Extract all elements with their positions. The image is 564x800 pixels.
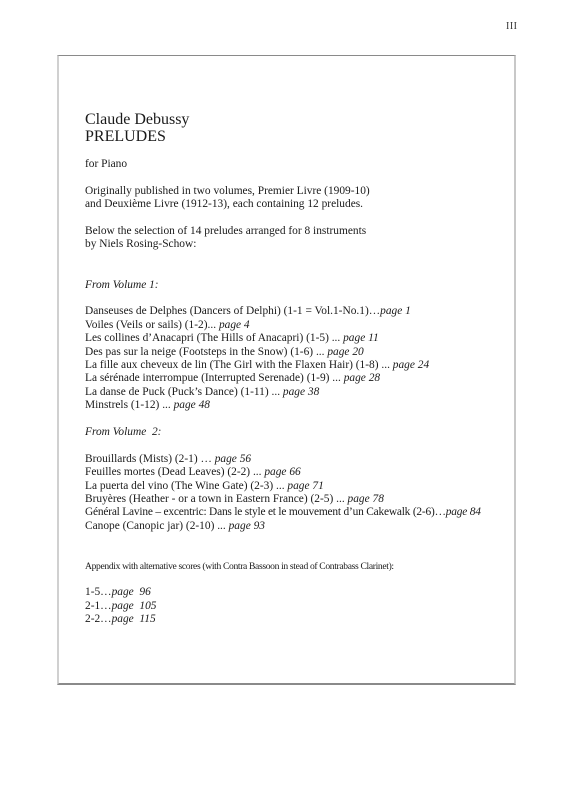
appendix-ref: 2-2… xyxy=(85,613,112,625)
page-ref: page 24 xyxy=(393,359,429,371)
prelude-title: La danse de Puck (Puck’s Dance) (1-11) .… xyxy=(85,386,283,398)
list-item: Minstrels (1-12) ... page 48 xyxy=(85,399,505,412)
prelude-title: Danseuses de Delphes (Dancers of Delphi)… xyxy=(85,305,380,317)
prelude-title: Des pas sur la neige (Footsteps in the S… xyxy=(85,346,327,358)
appendix-ref: 1-5… xyxy=(85,586,112,598)
list-item: Danseuses de Delphes (Dancers of Delphi)… xyxy=(85,305,505,318)
list-item: Général Lavine – excentric: Dans le styl… xyxy=(85,506,505,519)
table-of-contents: Claude Debussy PRELUDES for Piano Origin… xyxy=(85,111,505,627)
page-ref: page 115 xyxy=(112,613,156,625)
page-ref: page 93 xyxy=(229,520,265,532)
list-item: Des pas sur la neige (Footsteps in the S… xyxy=(85,346,505,359)
prelude-title: Feuilles mortes (Dead Leaves) (2-2) ... xyxy=(85,466,264,478)
volume2-heading: From Volume 2: xyxy=(85,426,505,439)
page-ref: page 1 xyxy=(380,305,411,317)
page-ref: page 84 xyxy=(446,506,481,518)
page-number: III xyxy=(506,21,518,32)
page-ref: page 4 xyxy=(219,319,250,331)
instrumentation: for Piano xyxy=(85,158,505,171)
page-ref: page 78 xyxy=(348,493,384,505)
page-ref: page 11 xyxy=(343,332,379,344)
list-item: Bruyères (Heather - or a town in Eastern… xyxy=(85,493,505,506)
list-item: La puerta del vino (The Wine Gate) (2-3)… xyxy=(85,480,505,493)
prelude-title: Voiles (Veils or sails) (1-2)... xyxy=(85,319,219,331)
list-item: La fille aux cheveux de lin (The Girl wi… xyxy=(85,359,505,372)
page-ref: page 105 xyxy=(112,600,157,612)
list-item: Canope (Canopic jar) (2-10) ... page 93 xyxy=(85,520,505,533)
page-ref: page 56 xyxy=(215,453,251,465)
page-ref: page 48 xyxy=(174,399,210,411)
list-item: 2-2…page 115 xyxy=(85,613,505,626)
prelude-title: Général Lavine – excentric: Dans le styl… xyxy=(85,506,446,518)
prelude-title: Canope (Canopic jar) (2-10) ... xyxy=(85,520,229,532)
volume1-list: Danseuses de Delphes (Dancers of Delphi)… xyxy=(85,305,505,412)
list-item: La sérénade interrompue (Interrupted Ser… xyxy=(85,372,505,385)
work-title: PRELUDES xyxy=(85,128,505,145)
volume2-list: Brouillards (Mists) (2-1) … page 56 Feui… xyxy=(85,453,505,533)
intro-line: Below the selection of 14 preludes arran… xyxy=(85,225,505,238)
prelude-title: Brouillards (Mists) (2-1) … xyxy=(85,453,215,465)
page-ref: page 38 xyxy=(283,386,319,398)
page-ref: page 28 xyxy=(344,372,380,384)
page-ref: page 20 xyxy=(327,346,363,358)
list-item: 2-1…page 105 xyxy=(85,600,505,613)
prelude-title: Minstrels (1-12) ... xyxy=(85,399,174,411)
list-item: Les collines d’Anacapri (The Hills of An… xyxy=(85,332,505,345)
composer-name: Claude Debussy xyxy=(85,111,505,128)
list-item: La danse de Puck (Puck’s Dance) (1-11) .… xyxy=(85,386,505,399)
prelude-title: La sérénade interrompue (Interrupted Ser… xyxy=(85,372,344,384)
intro-line: and Deuxième Livre (1912-13), each conta… xyxy=(85,198,505,211)
prelude-title: La puerta del vino (The Wine Gate) (2-3)… xyxy=(85,480,287,492)
prelude-title: La fille aux cheveux de lin (The Girl wi… xyxy=(85,359,393,371)
list-item: 1-5…page 96 xyxy=(85,586,505,599)
list-item: Brouillards (Mists) (2-1) … page 56 xyxy=(85,453,505,466)
appendix-list: 1-5…page 96 2-1…page 105 2-2…page 115 xyxy=(85,586,505,626)
intro-line: Originally published in two volumes, Pre… xyxy=(85,185,505,198)
list-item: Feuilles mortes (Dead Leaves) (2-2) ... … xyxy=(85,466,505,479)
prelude-title: Les collines d’Anacapri (The Hills of An… xyxy=(85,332,343,344)
list-item: Voiles (Veils or sails) (1-2)... page 4 xyxy=(85,319,505,332)
volume1-heading: From Volume 1: xyxy=(85,279,505,292)
page-ref: page 96 xyxy=(112,586,151,598)
page-ref: page 71 xyxy=(287,480,323,492)
prelude-title: Bruyères (Heather - or a town in Eastern… xyxy=(85,493,348,505)
intro-line: by Niels Rosing-Schow: xyxy=(85,238,505,251)
page-ref: page 66 xyxy=(264,466,300,478)
appendix-note: Appendix with alternative scores (with C… xyxy=(85,560,505,573)
appendix-ref: 2-1… xyxy=(85,600,112,612)
